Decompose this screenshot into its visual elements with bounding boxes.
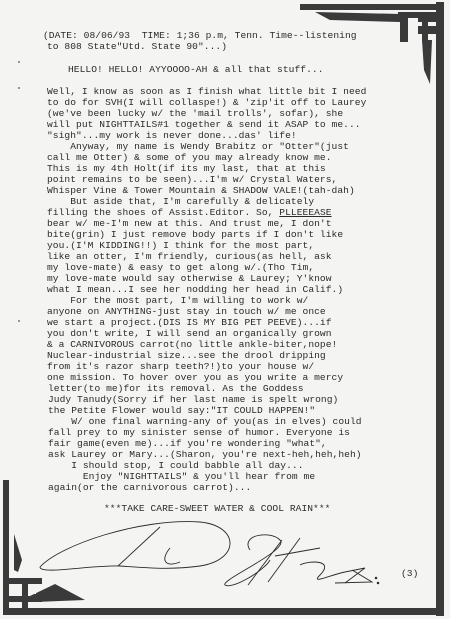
body-line: you.(I'M KIDDING!!) I think for the most… [47,240,314,251]
body-line: W/ one final warning-any of you(as in el… [48,416,362,427]
body-line: again(or the carnivorous carrot)... [48,482,251,493]
stray-mark [18,320,20,322]
signature-icon [40,522,379,586]
body-line: (we've been lucky w/ the 'mail trolls', … [47,108,343,119]
body-line: fair game(even me)...if you're wondering… [48,438,327,449]
body-line: I should stop, I could babble all day... [48,460,304,471]
body-line: we start a project.(DIS IS MY BIG PET PE… [47,317,332,328]
body-line: Anyway, my name is Wendy Brabitz or "Ott… [47,141,349,152]
body-line: call me Otter) & some of you may already… [47,152,332,163]
body-line: my love-mate would say otherwise & Laure… [47,273,332,284]
body-line: like an otter, I'm friendly, curious(as … [47,251,332,262]
letter-page: (DATE: 08/06/93 TIME: 1;36 p.m, Tenn. Ti… [0,0,450,619]
page-number: (3) [401,568,418,579]
body-line: will put NIGHTTAILS#1 together & send it… [47,119,361,130]
stray-mark [18,61,20,63]
body-line: Enjoy "NIGHTTAILS" & you'll hear from me [48,471,315,482]
body-line: my love-mate) & easy to get along w/.(Th… [47,262,314,273]
body-line: Well, I know as soon as I finish what li… [47,86,366,97]
body-line: fall prey to my sinister sense of humor.… [48,427,350,438]
header-listening-line: to 808 State"Utd. State 90"...) [47,41,227,52]
body-line: from it's razor sharp teeth?!)to your ho… [47,361,314,372]
header-date-line: (DATE: 08/06/93 TIME: 1;36 p.m, Tenn. Ti… [43,30,357,41]
greeting: HELLO! HELLO! AYYOOOO-AH & all that stuf… [68,64,324,75]
body-line: one mission. To hover over you as you wr… [47,372,343,383]
body-line: bite(grin) I just remove body parts if I… [47,229,343,240]
body-line: Nuclear-industrial size...see the drool … [47,350,326,361]
body-line: point remains to be seen)...I'm w/ Cryst… [47,174,337,185]
body-line-text: filling the shoes of Assist.Editor. So, [47,207,279,218]
body-line: Judy Tanudy(Sorry if her last name is sp… [48,394,338,405]
body-line: "sigh"...my work is never done...das' li… [47,130,297,141]
closing-line: ***TAKE CARE-SWEET WATER & COOL RAIN*** [104,503,330,514]
body-line: For the most part, I'm willing to work w… [47,295,308,306]
body-line: This is my 4th Holt(if its my last, that… [47,163,326,174]
body-line: bear w/ me-I'm new at this. And trust me… [47,218,332,229]
body-line: ask Laurey or Mary...(Sharon, you're nex… [48,449,362,460]
body-line: letter(to me)for its removal. As the God… [48,383,304,394]
stray-mark [18,87,20,89]
body-line: what I mean...I see her nodding her head… [47,284,343,295]
underlined-please: PLLEEEASE [279,207,331,218]
body-line: to do for SVH(I will collaspe!) & 'zip'i… [47,97,366,108]
body-line: & a CARNIVOROUS carrot(no little ankle-b… [47,339,337,350]
corner-knot-bottom-left-icon [3,480,441,615]
body-line: filling the shoes of Assist.Editor. So, … [47,207,332,218]
body-line: Whisper Vine & Tower Mountain & SHADOW V… [47,185,355,196]
body-line: the Petite Flower would say:"IT COULD HA… [48,405,315,416]
body-line: anyone on ANYTHING-just stay in touch w/… [47,306,326,317]
body-line: you don't write, I will send an organica… [47,328,332,339]
body-line: But aside that, I'm carefully & delicate… [47,196,314,207]
